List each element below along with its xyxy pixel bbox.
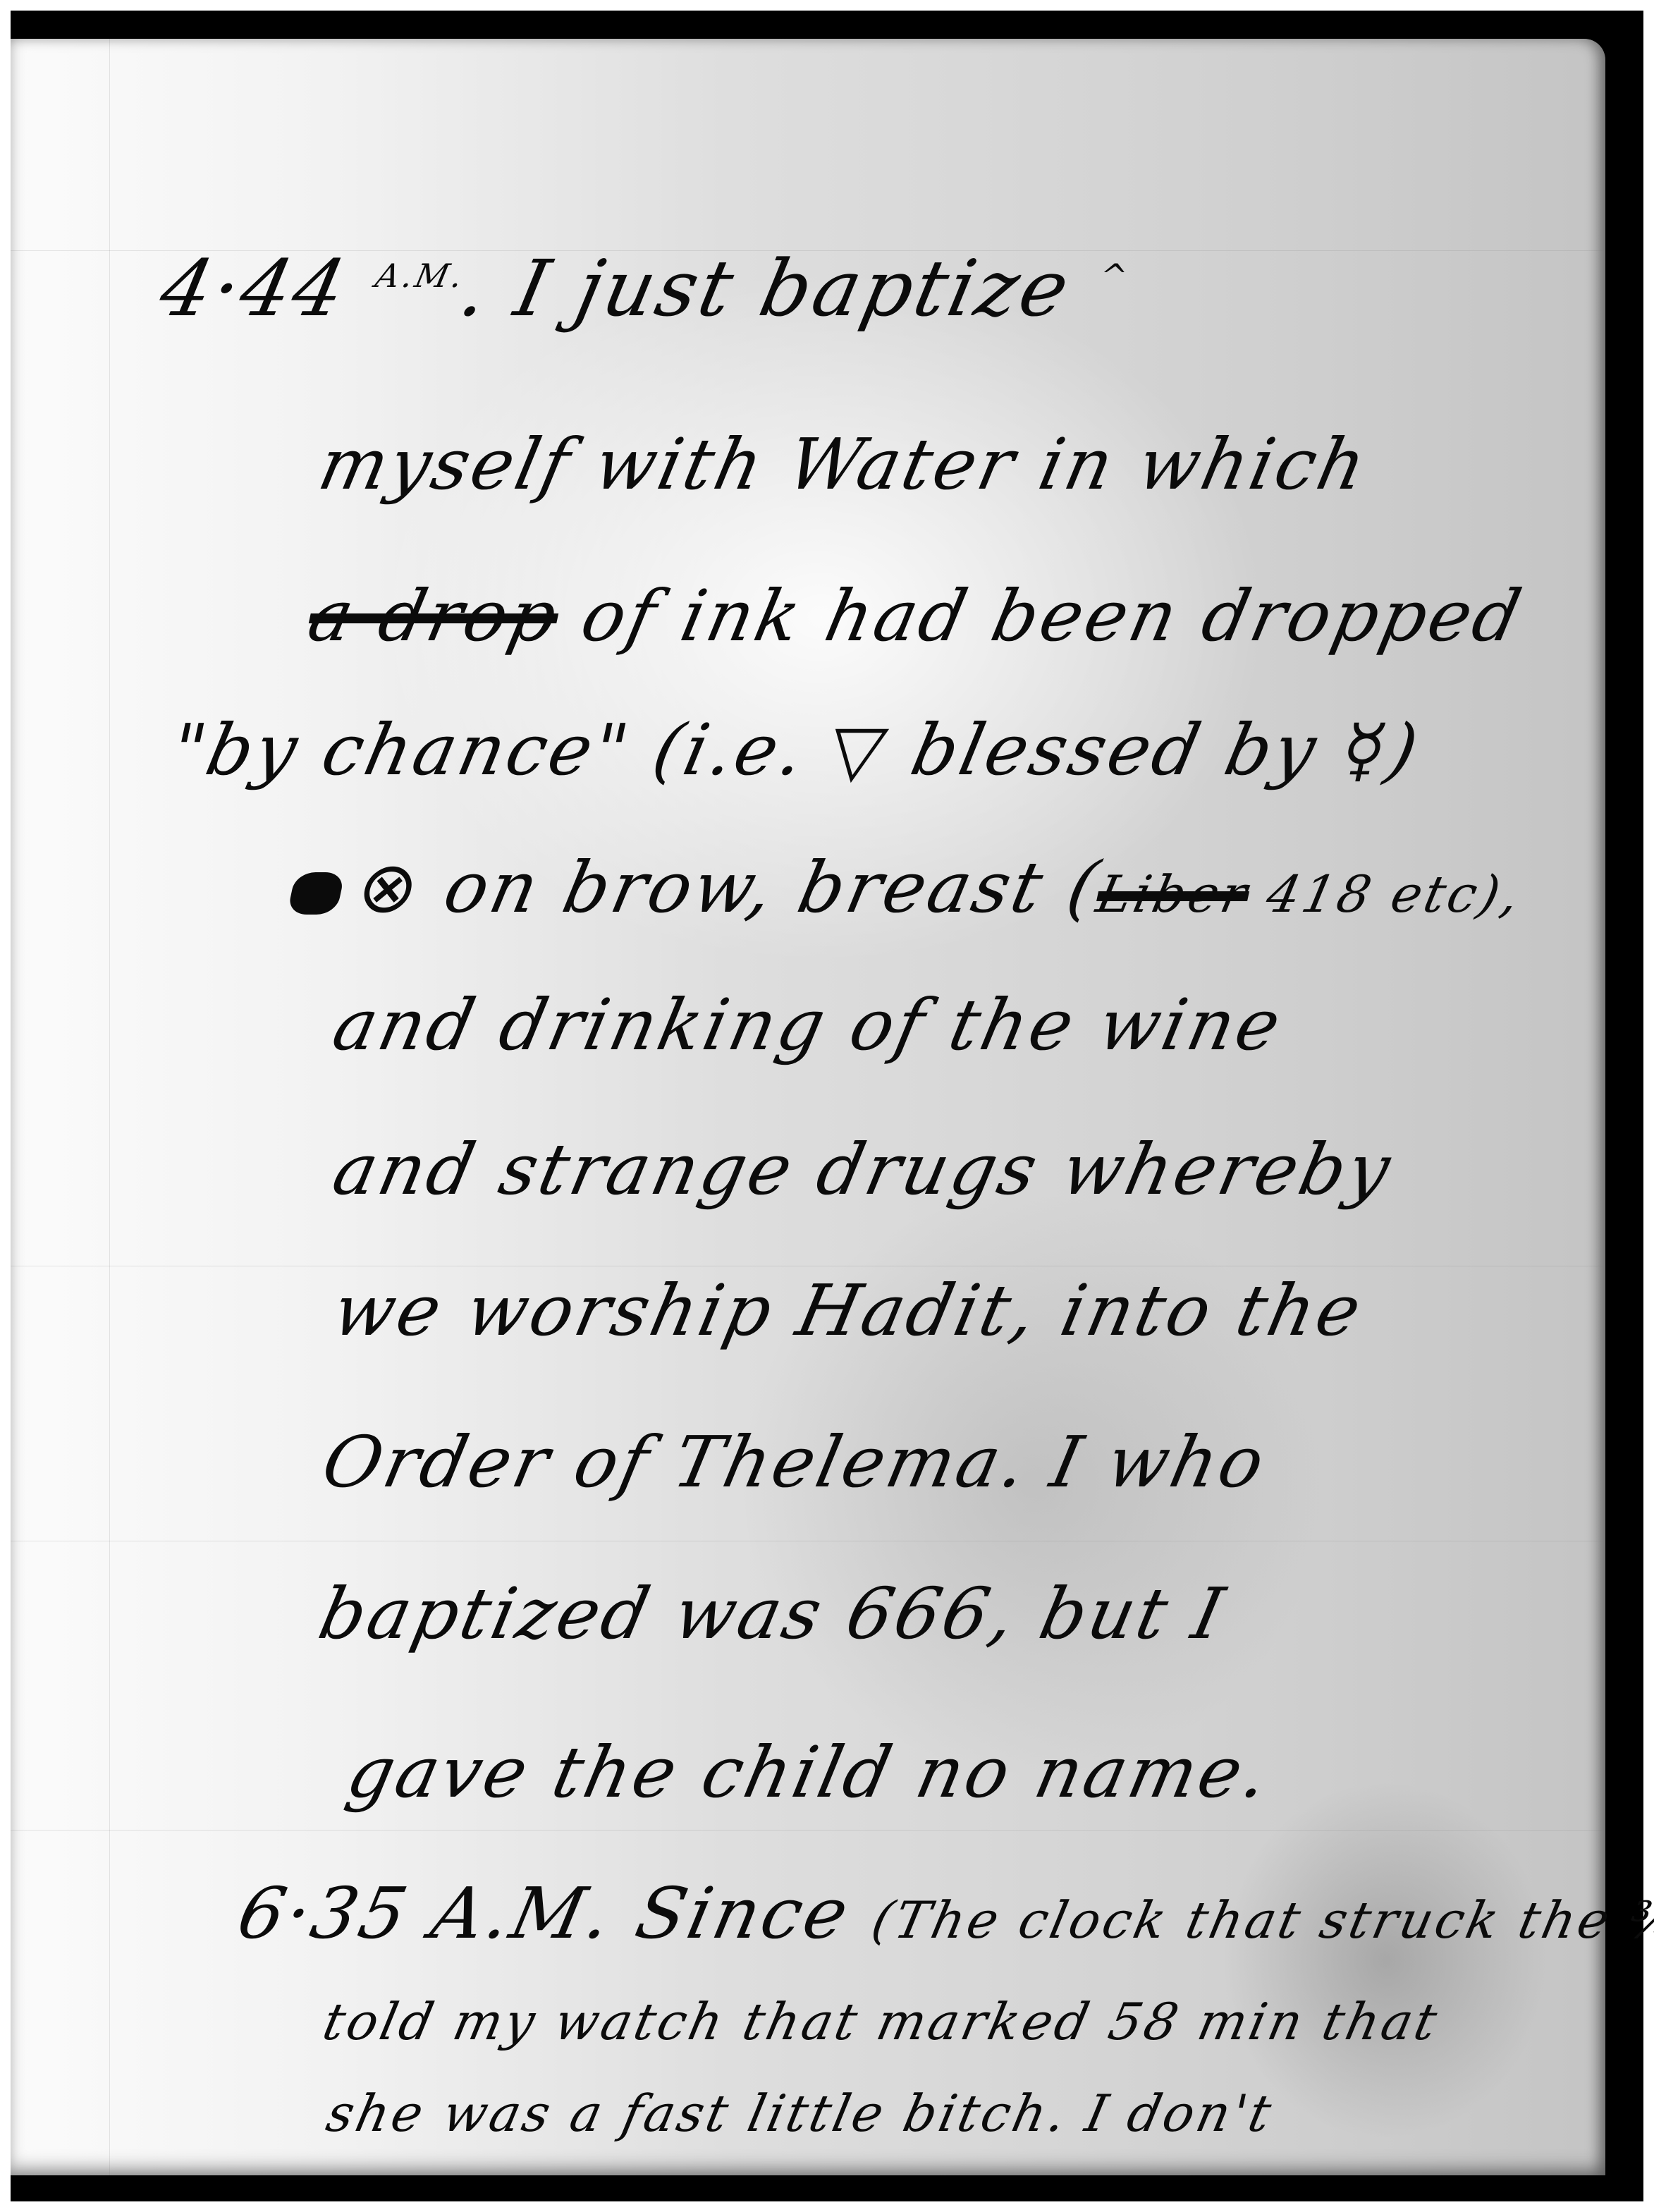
line-text: of ink had been dropped <box>549 575 1531 657</box>
struck-text: Liber <box>1091 864 1255 924</box>
entry-line-11: gave the child no name. <box>341 1731 1278 1814</box>
entry-line-8: we worship Hadit, into the <box>326 1269 1371 1352</box>
line-text: 418 etc), <box>1242 864 1527 924</box>
entry-line-14: she was a fast little bitch. I don't <box>321 2084 1279 2143</box>
line-text: "by chance" (i.e. <box>164 709 814 791</box>
entry-line-13: told my watch that marked 58 min that <box>318 1992 1445 2051</box>
struck-text: a drop <box>302 575 567 657</box>
entry-am: A.M. <box>372 257 469 295</box>
line-text: . I just baptize <box>453 243 1079 334</box>
entry-line-1: 4·44 A.M.. I just baptize ^ <box>152 243 1137 334</box>
notebook-page: 4·44 A.M.. I just baptize ^ myself with … <box>11 39 1605 2175</box>
entry-line-5: ⊗ on brow, breast (Liber 418 etc), <box>284 846 1531 929</box>
entry-time: 6·35 A.M. Since <box>231 1872 858 1955</box>
entry-line-12: 6·35 A.M. Since (The clock that struck t… <box>231 1872 1654 1955</box>
entry-line-6: and drinking of the wine <box>326 984 1290 1066</box>
entry-line-7: and strange drugs whereby <box>326 1128 1400 1211</box>
line-text: on brow, breast ( <box>412 846 1108 929</box>
entry-line-2: myself with Water in which <box>312 423 1376 506</box>
line-text: (The clock that struck the ¾ <box>866 1890 1654 1950</box>
entry-line-4: "by chance" (i.e. ▽ blessed by ☿) <box>164 709 1428 791</box>
entry-time: 4·44 <box>152 243 355 334</box>
scribbled-symbol-icon <box>287 872 345 915</box>
entry-line-3: a drop of ink had been dropped <box>302 575 1531 657</box>
caret-mark: ^ <box>1096 257 1134 295</box>
entry-line-10: baptized was 666, but I <box>312 1572 1234 1655</box>
entry-line-9: Order of Thelema. I who <box>316 1421 1274 1503</box>
line-text: blessed by <box>879 709 1352 791</box>
margin-line <box>109 39 110 2175</box>
